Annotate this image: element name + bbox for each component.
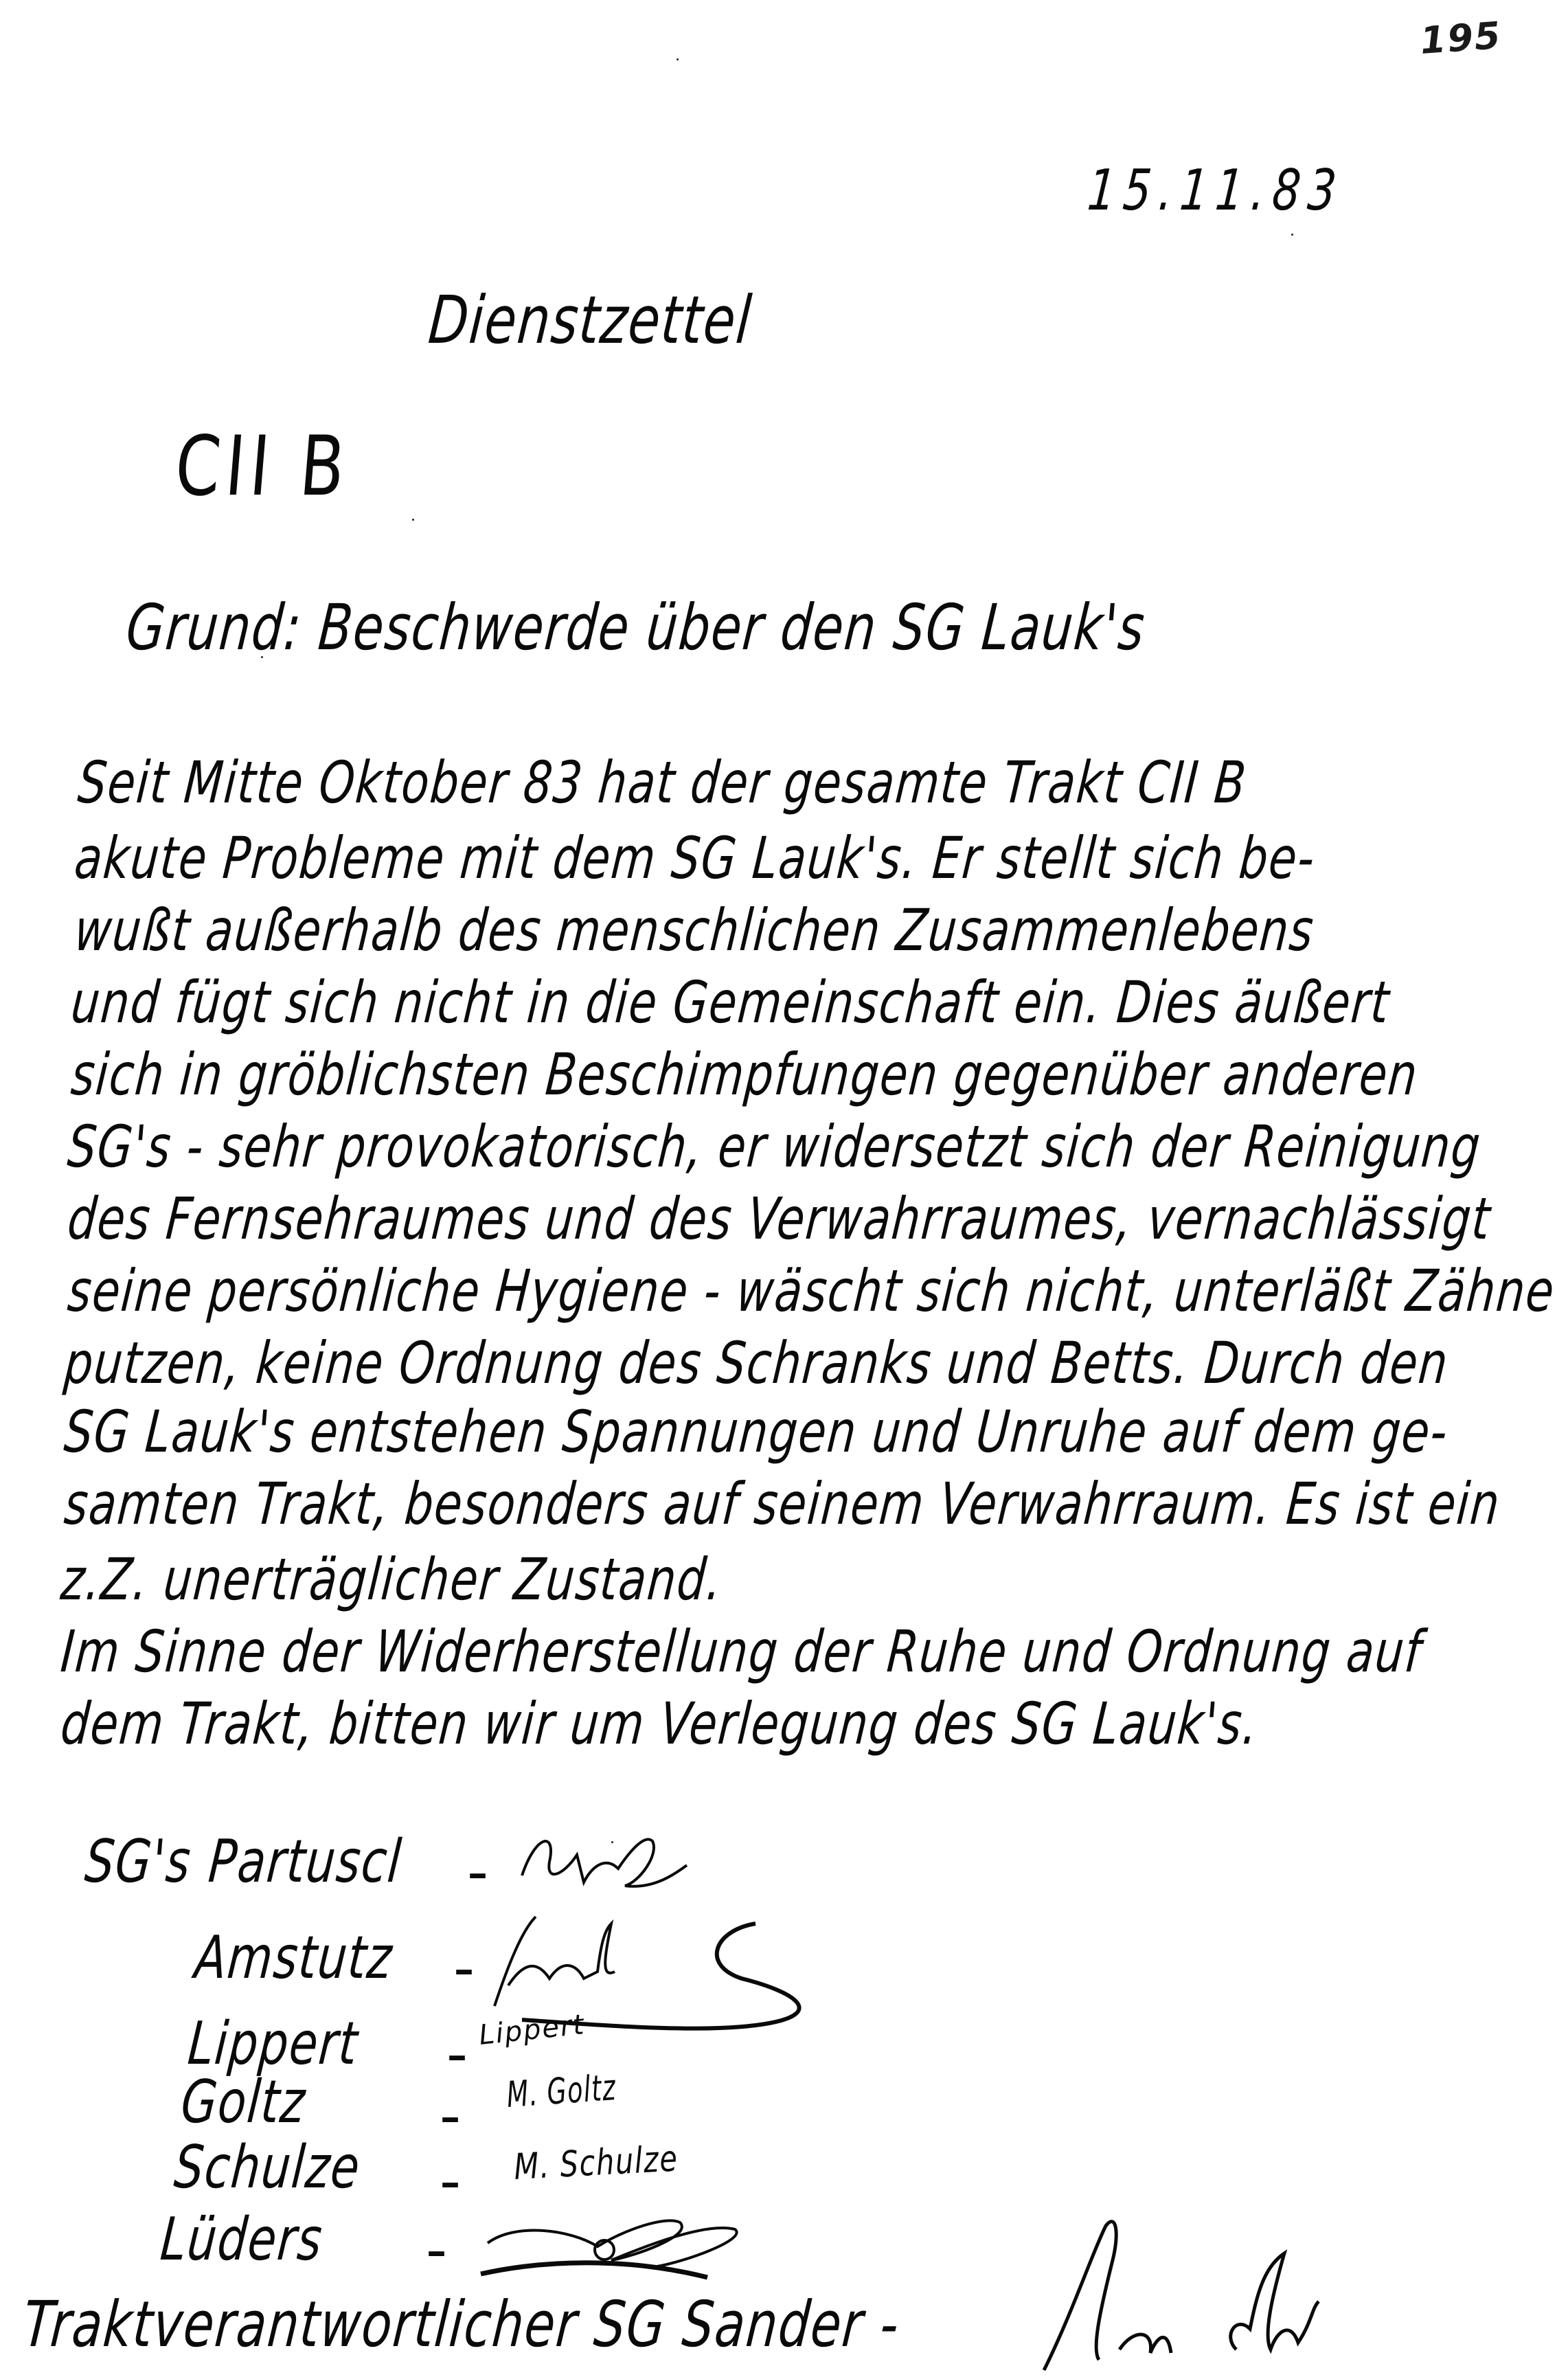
signatory-name: Goltz — [179, 2068, 308, 2137]
document-title: Dienstzettel — [426, 282, 755, 359]
signatory-separator: - — [467, 1838, 488, 1906]
signatory-separator: - — [440, 2147, 461, 2216]
scan-speck — [677, 58, 679, 60]
body-line: Seit Mitte Oktober 83 hat der gesamte Tr… — [76, 749, 1249, 816]
signatory-name: Amstutz — [192, 1924, 396, 1992]
body-line: sich in gröblichsten Beschimpfungen gege… — [69, 1041, 1420, 1108]
body-line: seine persönliche Hygiene - wäscht sich … — [65, 1257, 1558, 1325]
responsible-signatory: Traktverantwortlicher SG Sander - — [21, 2288, 902, 2361]
scan-speck — [412, 519, 414, 521]
signatories-prefix: SG's — [82, 1827, 194, 1896]
subject-text: Beschwerde über den SG Lauk's — [316, 591, 1148, 664]
signature-mark — [515, 1827, 694, 1906]
signatory-separator: - — [426, 2216, 447, 2284]
signature-mark — [474, 2209, 762, 2287]
subject-label: Grund: — [124, 591, 305, 664]
body-line: dem Trakt, bitten wir um Verlegung des S… — [58, 1690, 1261, 1757]
signatory-name: Partuscl — [206, 1827, 405, 1896]
body-line: SG's - sehr provokatorisch, er widersetz… — [65, 1113, 1484, 1180]
sander-signature-mark — [1016, 2212, 1442, 2377]
signatory-name: Schulze — [172, 2133, 363, 2202]
body-line: samten Trakt, besonders auf seinem Verwa… — [62, 1470, 1503, 1537]
section-code: CII B — [172, 419, 354, 515]
signatory-separator: - — [446, 2020, 468, 2088]
signatory-separator: - — [453, 1934, 475, 2003]
body-line: wußt außerhalb des menschlichen Zusammen… — [72, 897, 1317, 964]
responsible-separator: - — [878, 2288, 902, 2361]
document-date: 15.11.83 — [1085, 158, 1346, 223]
body-line: putzen, keine Ordnung des Schranks und B… — [62, 1329, 1451, 1397]
body-line: Im Sinne der Widerherstellung der Ruhe u… — [58, 1618, 1424, 1685]
body-line: z.Z. unerträglicher Zustand. — [58, 1546, 725, 1613]
signatory-separator: - — [440, 2082, 461, 2150]
signatory-name: Lüders — [158, 2205, 326, 2274]
signature-mark: M. Goltz — [505, 2067, 618, 2116]
scan-speck — [1291, 234, 1293, 236]
page-number: 195 — [1419, 14, 1503, 63]
body-line: SG Lauk's entstehen Spannungen und Unruh… — [62, 1398, 1451, 1465]
signature-mark: M. Schulze — [513, 2139, 679, 2188]
subject-line: Grund: Beschwerde über den SG Lauk's — [124, 591, 1148, 664]
body-line: und fügt sich nicht in die Gemeinschaft … — [69, 969, 1392, 1036]
responsible-role: Traktverantwortlicher SG Sander — [21, 2288, 867, 2361]
body-line: des Fernsehraumes und des Verwahrraumes,… — [65, 1185, 1493, 1252]
scan-speck — [611, 1841, 613, 1843]
scan-speck — [261, 656, 263, 658]
body-line: akute Probleme mit dem SG Lauk's. Er ste… — [72, 824, 1318, 892]
